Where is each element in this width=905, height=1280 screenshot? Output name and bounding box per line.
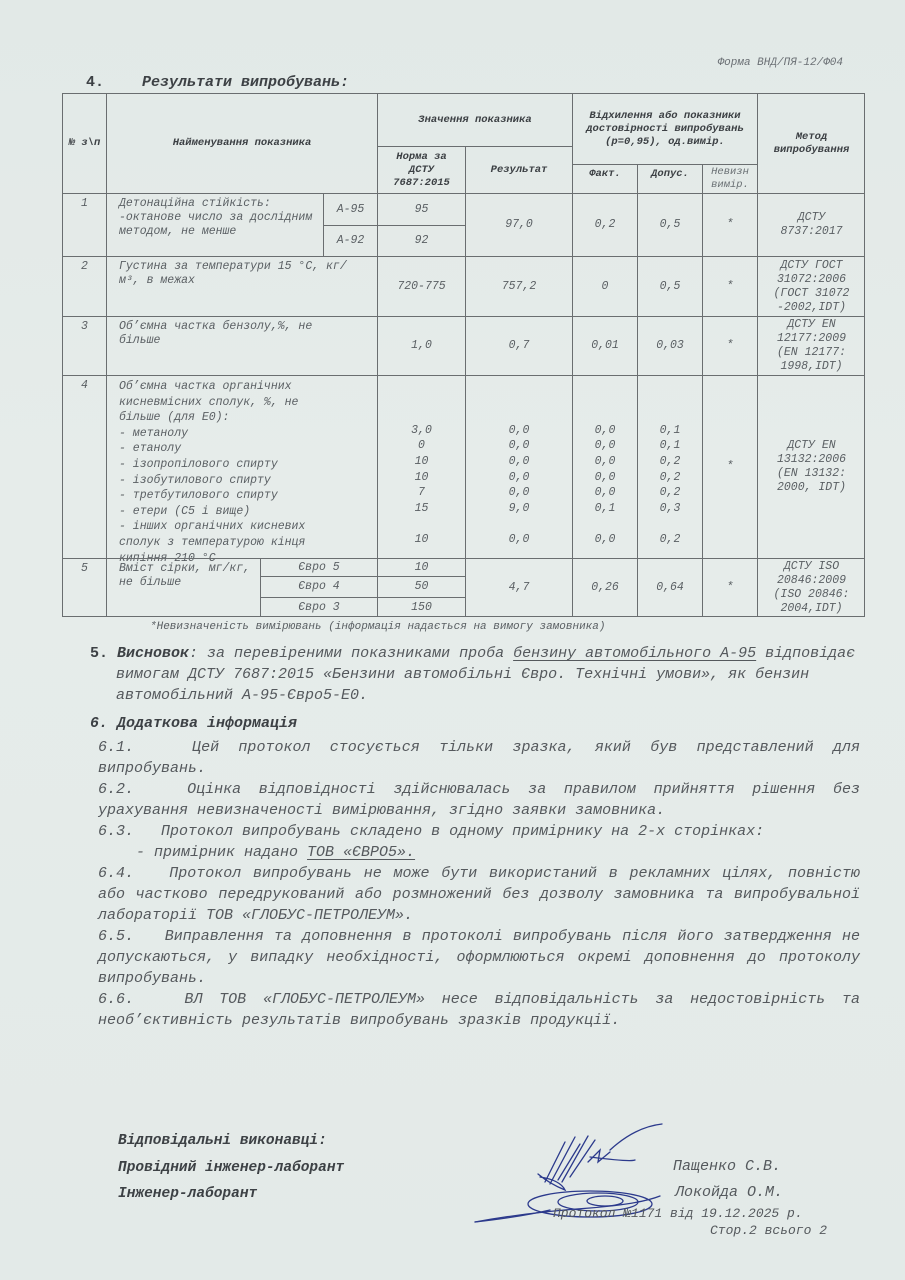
row4-item-labels: - метанолу- етанолу- ізопропілового спир… xyxy=(119,426,341,566)
row4-item-fact: 0,0 xyxy=(573,485,637,501)
row4-item-norm: 10 xyxy=(378,454,465,470)
row4-item-norm: 15 xyxy=(378,501,465,517)
row1-uncertainty: * xyxy=(702,193,757,256)
row4-method: ДСТУ EN 13132:2006 (EN 13132: 2000, IDT) xyxy=(757,375,865,558)
section-5-label: Висновок xyxy=(117,645,189,662)
table-footnote: *Невизначеність вимірювань (інформація н… xyxy=(150,621,605,633)
row2-result: 757,2 xyxy=(465,256,572,316)
row2-norm: 720-775 xyxy=(377,256,465,316)
row4-item-fact: 0,0 xyxy=(573,470,637,486)
row4-item-norm: 10 xyxy=(378,532,465,548)
row2-uncertainty: * xyxy=(702,256,757,316)
page-counter: Стор.2 всього 2 xyxy=(710,1223,827,1238)
item-6-4: 6.4. Протокол випробувань не може бути в… xyxy=(98,863,860,926)
signer-2-name: Локойда О.М. xyxy=(675,1184,783,1201)
row4-item-result: 0,0 xyxy=(466,438,572,454)
row5-sub2-label: Євро 4 xyxy=(260,576,377,597)
header-value-group: Значення показника xyxy=(377,93,572,146)
row2-allowed: 0,5 xyxy=(637,256,702,316)
results-table: № з\п Найменування показника Значення по… xyxy=(62,93,865,617)
row5-result: 4,7 xyxy=(465,558,572,617)
item-6-5: 6.5. Виправлення та доповнення в протоко… xyxy=(98,926,860,989)
row5-sub3-label: Євро 3 xyxy=(260,597,377,617)
row1-fact: 0,2 xyxy=(572,193,637,256)
section-5-conclusion: 5. Висновок: за перевіреними показниками… xyxy=(90,643,896,706)
item-6-2-text: Оцінка відповідності здійснювалась за пр… xyxy=(98,781,860,819)
row4-item-norm: 3,0 xyxy=(378,423,465,439)
row1-sub1-norm: 95 xyxy=(377,193,465,225)
item-6-2: 6.2. Оцінка відповідності здійснювалась … xyxy=(98,779,860,821)
row1-result: 97,0 xyxy=(465,193,572,256)
row4-results: 0,00,00,00,00,09,00,0 xyxy=(465,375,572,558)
form-code: Форма ВНД/ПЯ-12/Ф04 xyxy=(718,57,843,69)
section-5-number: 5. xyxy=(90,645,108,662)
row1-no: 1 xyxy=(62,193,106,256)
item-6-6-num: 6.6. xyxy=(98,991,134,1008)
item-6-3-text: Протокол випробувань складено в одному п… xyxy=(161,823,764,840)
row3-result: 0,7 xyxy=(465,316,572,375)
row4-item-allowed: 0,2 xyxy=(638,454,702,470)
row4-name: Об’ємна частка органічних кисневмісних с… xyxy=(119,379,341,426)
protocol-number: Протокол №1171 від 19.12.2025 р. xyxy=(553,1206,803,1221)
row5-name: Вміст сірки, мг/кг, не більше xyxy=(106,558,260,617)
row4-item-allowed: 0,1 xyxy=(638,438,702,454)
item-6-3-num: 6.3. xyxy=(98,823,134,840)
row4-allowed: 0,10,10,20,20,20,30,2 xyxy=(637,375,702,558)
row4-item-fact: 0,0 xyxy=(573,454,637,470)
row4-item-norm: 7 xyxy=(378,485,465,501)
copy-prefix: - примірник надано xyxy=(136,844,307,861)
row1-sub2-label: А-92 xyxy=(323,225,377,256)
header-norm: Норма за ДСТУ 7687:2015 xyxy=(377,146,465,193)
row4-item-result: 0,0 xyxy=(466,532,572,548)
row4-item-label: - ізобутилового спирту xyxy=(119,473,341,489)
section-5-text-before: : за перевіреними показниками проба xyxy=(189,645,513,662)
row4-no: 4 xyxy=(62,375,106,558)
row3-allowed: 0,03 xyxy=(637,316,702,375)
row1-sub2-norm: 92 xyxy=(377,225,465,256)
item-6-2-num: 6.2. xyxy=(98,781,134,798)
row4-item-label: - етери (С5 і вище) xyxy=(119,504,341,520)
item-6-1-num: 6.1. xyxy=(98,739,134,756)
item-6-4-text: Протокол випробувань не може бути викори… xyxy=(98,865,860,924)
signatures-title: Відповідальні виконавці: xyxy=(118,1133,327,1149)
item-6-6-text: ВЛ ТОВ «ГЛОБУС-ПЕТРОЛЕУМ» несе відповіда… xyxy=(98,991,860,1029)
row5-sub2-norm: 50 xyxy=(377,576,465,597)
row4-item-result: 0,0 xyxy=(466,485,572,501)
row3-name: Об’ємна частка бензолу,%, не більше xyxy=(106,316,377,375)
row4-item-allowed: 0,1 xyxy=(638,423,702,439)
row1-allowed: 0,5 xyxy=(637,193,702,256)
row5-method: ДСТУ ISO 20846:2009 (ISO 20846: 2004,IDT… xyxy=(757,558,865,617)
row4-item-result: 9,0 xyxy=(466,501,572,517)
row4-item-fact: 0,0 xyxy=(573,532,637,548)
row4-item-allowed: 0,2 xyxy=(638,470,702,486)
row4-name-cell: Об’ємна частка органічних кисневмісних с… xyxy=(106,375,377,558)
section-4-title: Результати випробувань: xyxy=(142,74,349,91)
item-6-6: 6.6. ВЛ ТОВ «ГЛОБУС-ПЕТРОЛЕУМ» несе відп… xyxy=(98,989,860,1031)
section-6-items: 6.1. Цей протокол стосується тільки зраз… xyxy=(98,737,860,1031)
item-6-3-copy: - примірник надано ТОВ «ЄВРО5». xyxy=(98,842,860,863)
row3-method: ДСТУ EN 12177:2009 (EN 12177: 1998,IDT) xyxy=(757,316,865,375)
row2-name: Густина за температури 15 °С, кг/м³, в м… xyxy=(106,256,377,316)
item-6-5-text: Виправлення та доповнення в протоколі ви… xyxy=(98,928,860,987)
row5-sub3-norm: 150 xyxy=(377,597,465,617)
row5-sub1-label: Євро 5 xyxy=(260,558,377,576)
row5-allowed: 0,64 xyxy=(637,558,702,617)
row4-item-label: - етанолу xyxy=(119,441,341,457)
signer-2-role: Інженер-лаборант xyxy=(118,1186,257,1202)
row4-item-fact: 0,0 xyxy=(573,438,637,454)
item-6-1-text: Цей протокол стосується тільки зразка, я… xyxy=(98,739,860,777)
header-deviation-group: Відхилення або показники достовірності в… xyxy=(572,93,757,164)
row4-item-label: - метанолу xyxy=(119,426,341,442)
row4-facts: 0,00,00,00,00,00,10,0 xyxy=(572,375,637,558)
section-4-heading: 4.Результати випробувань: xyxy=(86,74,349,91)
header-fact: Факт. xyxy=(572,164,637,193)
item-6-5-num: 6.5. xyxy=(98,928,134,945)
header-name: Найменування показника xyxy=(106,93,377,193)
row4-item-allowed: 0,2 xyxy=(638,532,702,548)
header-method: Метод випробування xyxy=(757,93,865,193)
section-5-product: бензину автомобільного А-95 xyxy=(513,645,756,662)
section-4-number: 4. xyxy=(86,74,104,91)
row4-item-label: - третбутилового спирту xyxy=(119,488,341,504)
row4-item-allowed: 0,2 xyxy=(638,485,702,501)
item-6-1: 6.1. Цей протокол стосується тільки зраз… xyxy=(98,737,860,779)
row4-item-result: 0,0 xyxy=(466,470,572,486)
row1-sub1-label: А-95 xyxy=(323,193,377,225)
row2-method: ДСТУ ГОСТ 31072:2006 (ГОСТ 31072 -2002,I… xyxy=(757,256,865,316)
row4-item-norm: 10 xyxy=(378,470,465,486)
row5-sub1-norm: 10 xyxy=(377,558,465,576)
row1-name: Детонаційна стійкість: -октанове число з… xyxy=(106,193,323,256)
row4-item-result: 0,0 xyxy=(466,423,572,439)
item-6-4-num: 6.4. xyxy=(98,865,134,882)
row3-uncertainty: * xyxy=(702,316,757,375)
row4-item-label: - ізопропілового спирту xyxy=(119,457,341,473)
row3-norm: 1,0 xyxy=(377,316,465,375)
row4-item-fact: 0,1 xyxy=(573,501,637,517)
row3-no: 3 xyxy=(62,316,106,375)
signer-1-role: Провідний інженер-лаборант xyxy=(118,1160,344,1176)
row5-no: 5 xyxy=(62,558,106,617)
section-6-title: 6. Додаткова інформація xyxy=(90,715,297,732)
item-6-3: 6.3. Протокол випробувань складено в одн… xyxy=(98,821,860,842)
header-no: № з\п xyxy=(62,93,106,193)
row4-norms: 3,00101071510 xyxy=(377,375,465,558)
copy-recipient: ТОВ «ЄВРО5». xyxy=(307,844,415,861)
row2-no: 2 xyxy=(62,256,106,316)
row4-item-fact: 0,0 xyxy=(573,423,637,439)
row5-uncertainty: * xyxy=(702,558,757,617)
header-uncertainty: Невизн вимір. xyxy=(702,164,757,193)
row1-method: ДСТУ 8737:2017 xyxy=(757,193,865,256)
row5-fact: 0,26 xyxy=(572,558,637,617)
row4-item-norm: 0 xyxy=(378,438,465,454)
row2-fact: 0 xyxy=(572,256,637,316)
header-result: Результат xyxy=(465,146,572,193)
row3-fact: 0,01 xyxy=(572,316,637,375)
row4-item-allowed: 0,3 xyxy=(638,501,702,517)
row4-item-result: 0,0 xyxy=(466,454,572,470)
row4-uncertainty: * xyxy=(702,375,757,558)
header-allowed: Допус. xyxy=(637,164,702,193)
